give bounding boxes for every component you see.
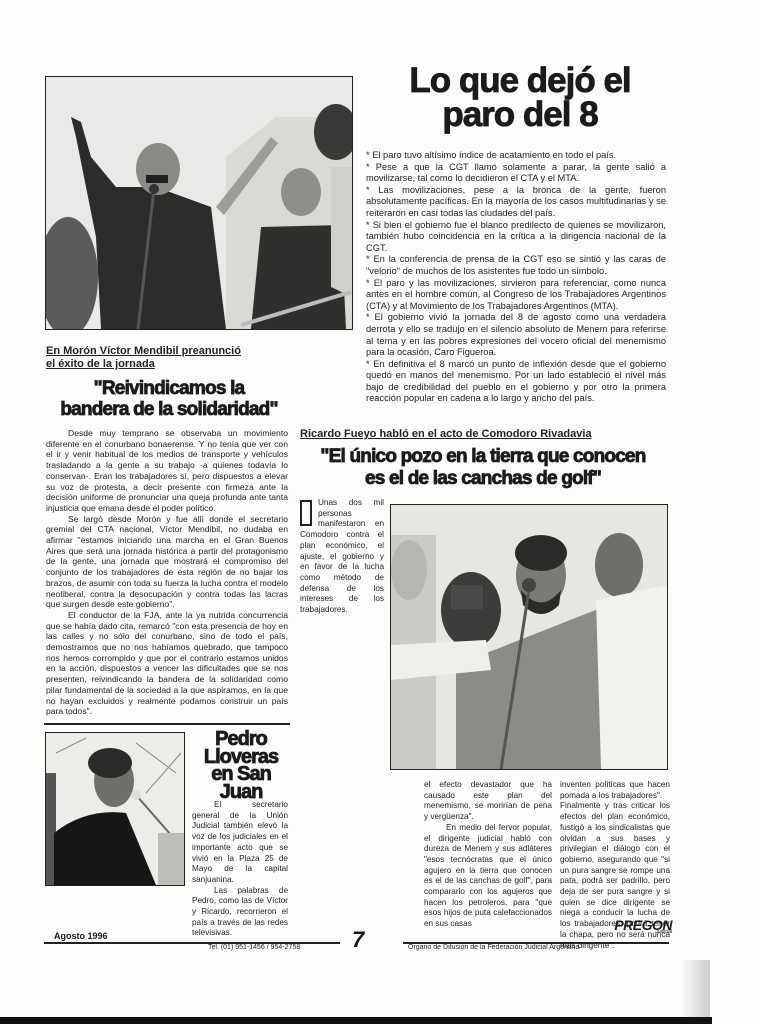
page-number: 7 — [352, 927, 364, 953]
moron-kicker-line2: el éxito de la jornada — [46, 358, 296, 371]
moron-kicker-line1: En Morón Víctor Mendibil preanunció — [46, 345, 296, 358]
photo-mendibil-image — [46, 77, 352, 329]
moron-bottom-rule — [44, 723, 290, 725]
main-headline-line2: paro del 8 — [370, 98, 670, 132]
footer-phone: Tel. (01) 951-1456 / 954-2758 — [208, 944, 300, 951]
scan-bottom-edge — [0, 1017, 712, 1024]
scan-page-shadow — [680, 960, 710, 1020]
footer-date: Agosto 1996 — [54, 931, 108, 941]
bullet-item: * En la conferencia de prensa de la CGT … — [366, 254, 666, 277]
bullet-item: * Las movilizaciones, pese a la bronca d… — [366, 185, 666, 220]
main-headline: Lo que dejó el paro del 8 — [370, 64, 670, 132]
moron-headline-line2: bandera de la solidaridad" — [44, 399, 294, 420]
comodoro-paragraph: el efecto devastador que ha causado este… — [424, 780, 552, 823]
comodoro-paragraph: Unas dos mil personas manifestaron en Co… — [300, 498, 384, 616]
photo-fueyo-speaking — [390, 504, 668, 770]
bullet-item: * El paro tuvo altísimo índice de acatam… — [366, 150, 666, 162]
main-bullets: * El paro tuvo altísimo índice de acatam… — [366, 150, 666, 405]
drop-cap-box — [300, 500, 312, 526]
sanjuan-headline-line4: Juan — [190, 784, 292, 802]
comodoro-headline-line1: "El único pozo en la tierra que conocen — [296, 446, 670, 468]
bullet-item: * Si bien el gobierno fue el blanco pred… — [366, 220, 666, 255]
bullet-item: * El gobierno vivió la jornada del 8 de … — [366, 312, 666, 358]
comodoro-headline-line2: es el de las canchas de golf" — [296, 468, 670, 490]
moron-paragraph: Se largó desde Morón y fue allí donde el… — [46, 514, 288, 610]
comodoro-col2: el efecto devastador que ha causado este… — [424, 780, 552, 930]
moron-kicker: En Morón Víctor Mendibil preanunció el é… — [46, 345, 296, 371]
photo-lloveras-speaking — [45, 732, 185, 886]
moron-paragraph: Desde muy temprano se observaba un movim… — [46, 428, 288, 514]
sanjuan-paragraph: Las palabras de Pedro, como las de Vícto… — [192, 886, 288, 940]
sanjuan-paragraph: El secretario general de la Unión Judici… — [192, 800, 288, 886]
bullet-item: * En definitiva el 8 marcó un punto de i… — [366, 359, 666, 405]
comodoro-paragraph: inventen políticas que hacen pomada a lo… — [560, 780, 670, 801]
comodoro-headline: "El único pozo en la tierra que conocen … — [296, 446, 670, 490]
comodoro-kicker: Ricardo Fueyo habló en el acto de Comodo… — [300, 428, 670, 441]
moron-body: Desde muy temprano se observaba un movim… — [46, 428, 288, 717]
moron-paragraph: El conductor de la FJA, ante la ya nutri… — [46, 610, 288, 717]
photo-fueyo-image — [391, 505, 667, 769]
comodoro-paragraph: En medio del fervor popular, el dirigent… — [424, 823, 552, 930]
photo-mendibil-speaking — [45, 76, 353, 330]
pregon-logo: PREGON Judicial — [604, 918, 672, 935]
bullet-item: * El paro y las movilizaciones, sirviero… — [366, 278, 666, 313]
comodoro-col1: Unas dos mil personas manifestaron en Co… — [300, 498, 384, 616]
moron-headline-line1: "Reivindicamos la — [44, 378, 294, 399]
footer-tagline: Organo de Difusión de la Federación Judi… — [408, 944, 579, 951]
bullet-item: * Pese a que la CGT llamó solamente a pa… — [366, 162, 666, 185]
photo-lloveras-image — [46, 733, 184, 885]
main-headline-line1: Lo que dejó el — [370, 64, 670, 98]
sanjuan-body: El secretario general de la Unión Judici… — [192, 800, 288, 939]
sanjuan-headline: Pedro Lloveras en San Juan — [190, 731, 292, 801]
moron-headline: "Reivindicamos la bandera de la solidari… — [44, 378, 294, 420]
